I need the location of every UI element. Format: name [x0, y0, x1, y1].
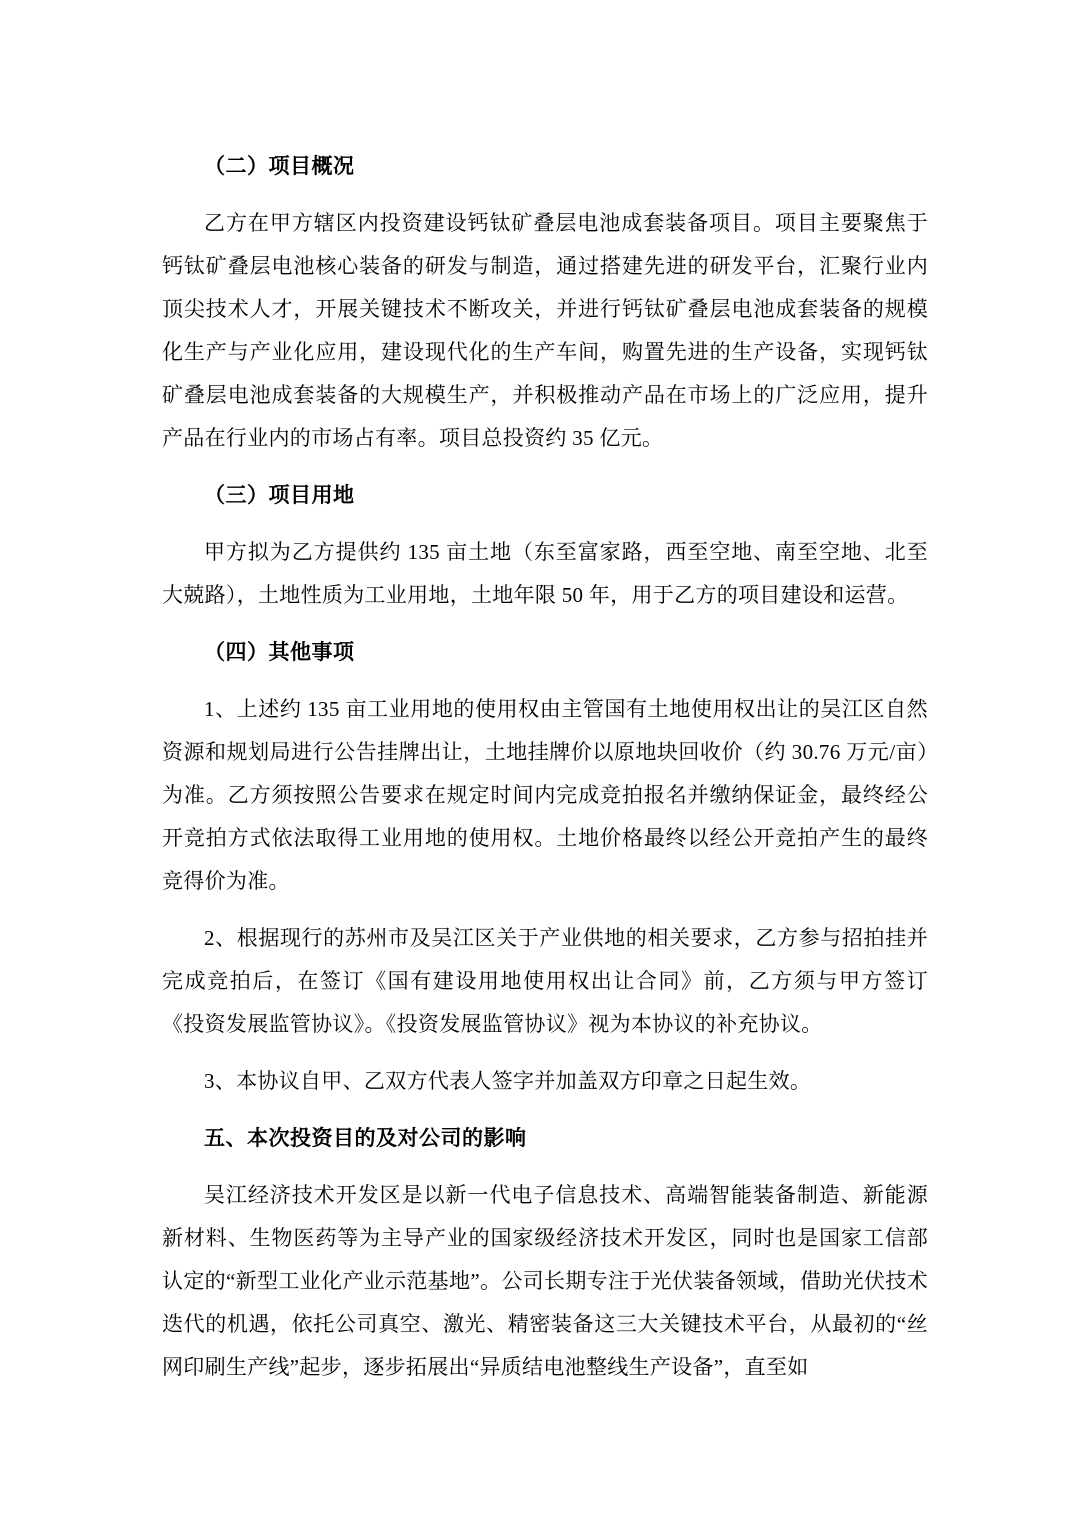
paragraph-project-overview: 乙方在甲方辖区内投资建设钙钛矿叠层电池成套装备项目。项目主要聚焦于钙钛矿叠层电池… [162, 202, 928, 460]
paragraph-investment-purpose-impact: 吴江经济技术开发区是以新一代电子信息技术、高端智能装备制造、新能源新材料、生物医… [162, 1174, 928, 1389]
section-heading-investment-purpose-impact: 五、本次投资目的及对公司的影响 [162, 1117, 928, 1160]
paragraph-other-matters-item-1: 1、上述约 135 亩工业用地的使用权由主管国有土地使用权出让的吴江区自然资源和… [162, 688, 928, 903]
paragraph-project-land: 甲方拟为乙方提供约 135 亩土地（东至富家路，西至空地、南至空地、北至大兢路）… [162, 531, 928, 617]
document-page: （二）项目概况 乙方在甲方辖区内投资建设钙钛矿叠层电池成套装备项目。项目主要聚焦… [0, 0, 1080, 1527]
section-heading-project-overview: （二）项目概况 [162, 145, 928, 188]
paragraph-other-matters-item-3: 3、本协议自甲、乙双方代表人签字并加盖双方印章之日起生效。 [162, 1060, 928, 1103]
paragraph-other-matters-item-2: 2、根据现行的苏州市及吴江区关于产业供地的相关要求，乙方参与招拍挂并完成竞拍后，… [162, 917, 928, 1046]
section-heading-project-land: （三）项目用地 [162, 474, 928, 517]
section-heading-other-matters: （四）其他事项 [162, 631, 928, 674]
